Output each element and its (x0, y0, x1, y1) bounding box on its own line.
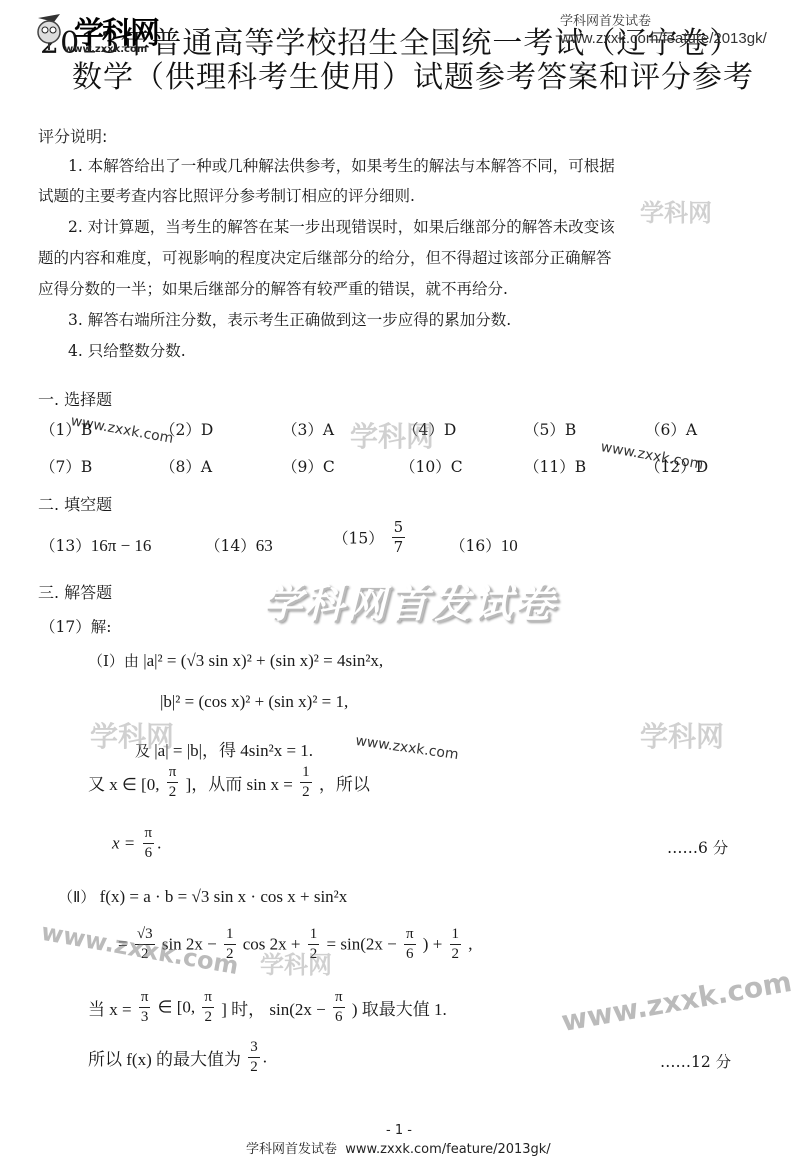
part2-line4: 所以 f(x) 的最大值为 32. (88, 1040, 267, 1075)
note-line: 题的内容和难度，可视影响的程度决定后继部分的给分，但不得超过该部分正确解答 (38, 246, 612, 268)
grading-notes-heading: 评分说明: (38, 124, 107, 147)
watermark-logo: 学科网 (640, 193, 712, 228)
watermark-big: 学科网首发试卷 (262, 572, 556, 629)
stamp-url: www.zxxk.com/feature/2013gk/ (560, 30, 767, 47)
section2-heading: 二. 填空题 (38, 492, 112, 515)
fill-answer: （14）63 (205, 534, 273, 556)
answer-item: （11）B (524, 455, 586, 477)
watermark-logo: 学科网 (260, 945, 332, 980)
part2-line3: 当 x = π3 ∈ [0, π2 ] 时， sin(2x − π6 ) 取最大… (88, 990, 447, 1025)
score-6: ……6 分 (667, 836, 728, 858)
note-line: 试题的主要考查内容比照评分参考制订相应的评分细则. (38, 184, 415, 206)
part1-line1: （Ⅰ）由 |a|² = (√3 sin x)² + (sin x)² = 4si… (88, 650, 383, 671)
watermark-logo: 学科网 (90, 715, 174, 755)
watermark-logo: 学科网 (350, 415, 434, 455)
mascot-icon (34, 12, 64, 52)
fill-answer: （16）10 (450, 534, 518, 556)
fill-answer: （13）16π − 16 (40, 534, 151, 556)
answer-item: （10）C (400, 455, 463, 477)
score-12: ……12 分 (660, 1050, 731, 1072)
watermark-url: www.zxxk.com (559, 965, 794, 1038)
watermark-url: www.zxxk.com (69, 413, 174, 447)
answer-item: （7）B (40, 455, 92, 477)
fraction: 57 (392, 520, 406, 555)
footer-url: www.zxxk.com/feature/2013gk/ (345, 1142, 550, 1157)
document-title-line2: 数学（供理科考生使用）试题参考答案和评分参考 (72, 52, 754, 96)
part1-line5: x = π6. (112, 826, 161, 861)
answer-item: （5）B (524, 418, 576, 440)
watermark-logo: 学科网 (640, 715, 724, 755)
part2-line1: （Ⅱ） f(x) = a · b = √3 sin x · cos x + si… (58, 886, 347, 907)
zxxk-logo: 学科网 www.zxxk.com (34, 6, 174, 58)
note-line: 2. 对计算题，当考生的解答在某一步出现错误时，如果后继部分的解答未改变该 (68, 215, 615, 237)
answer-item: （3）A (282, 418, 334, 440)
footer-label: 学科网首发试卷 www.zxxk.com/feature/2013gk/ (246, 1138, 551, 1157)
section3-heading: 三. 解答题 (38, 580, 112, 603)
answer-item: （9）C (282, 455, 335, 477)
answer-item: （6）A (645, 418, 697, 440)
fill-answer: （15） 57 (333, 520, 408, 555)
note-line: 3. 解答右端所注分数，表示考生正确做到这一步应得的累加分数. (68, 308, 511, 330)
q17-label: （17）解: (40, 615, 111, 637)
note-line: 应得分数的一半；如果后继部分的解答有较严重的错误，就不再给分. (38, 277, 508, 299)
watermark-url: www.zxxk.com (354, 733, 459, 763)
part1-line4: 又 x ∈ [0, π2 ]，从而 sin x = 12 ，所以 (88, 765, 370, 800)
section1-heading: 一. 选择题 (38, 387, 112, 410)
stamp-label: 学科网首发试卷 (560, 10, 651, 29)
note-line: 1. 本解答给出了一种或几种解法供参考，如果考生的解法与本解答不同，可根据 (68, 154, 615, 176)
note-line: 4. 只给整数分数. (68, 339, 186, 361)
part1-line2: |b|² = (cos x)² + (sin x)² = 1, (160, 692, 348, 712)
logo-url: www.zxxk.com (64, 44, 147, 55)
answer-item: （8）A (160, 455, 212, 477)
page-number: - 1 - (386, 1123, 412, 1138)
